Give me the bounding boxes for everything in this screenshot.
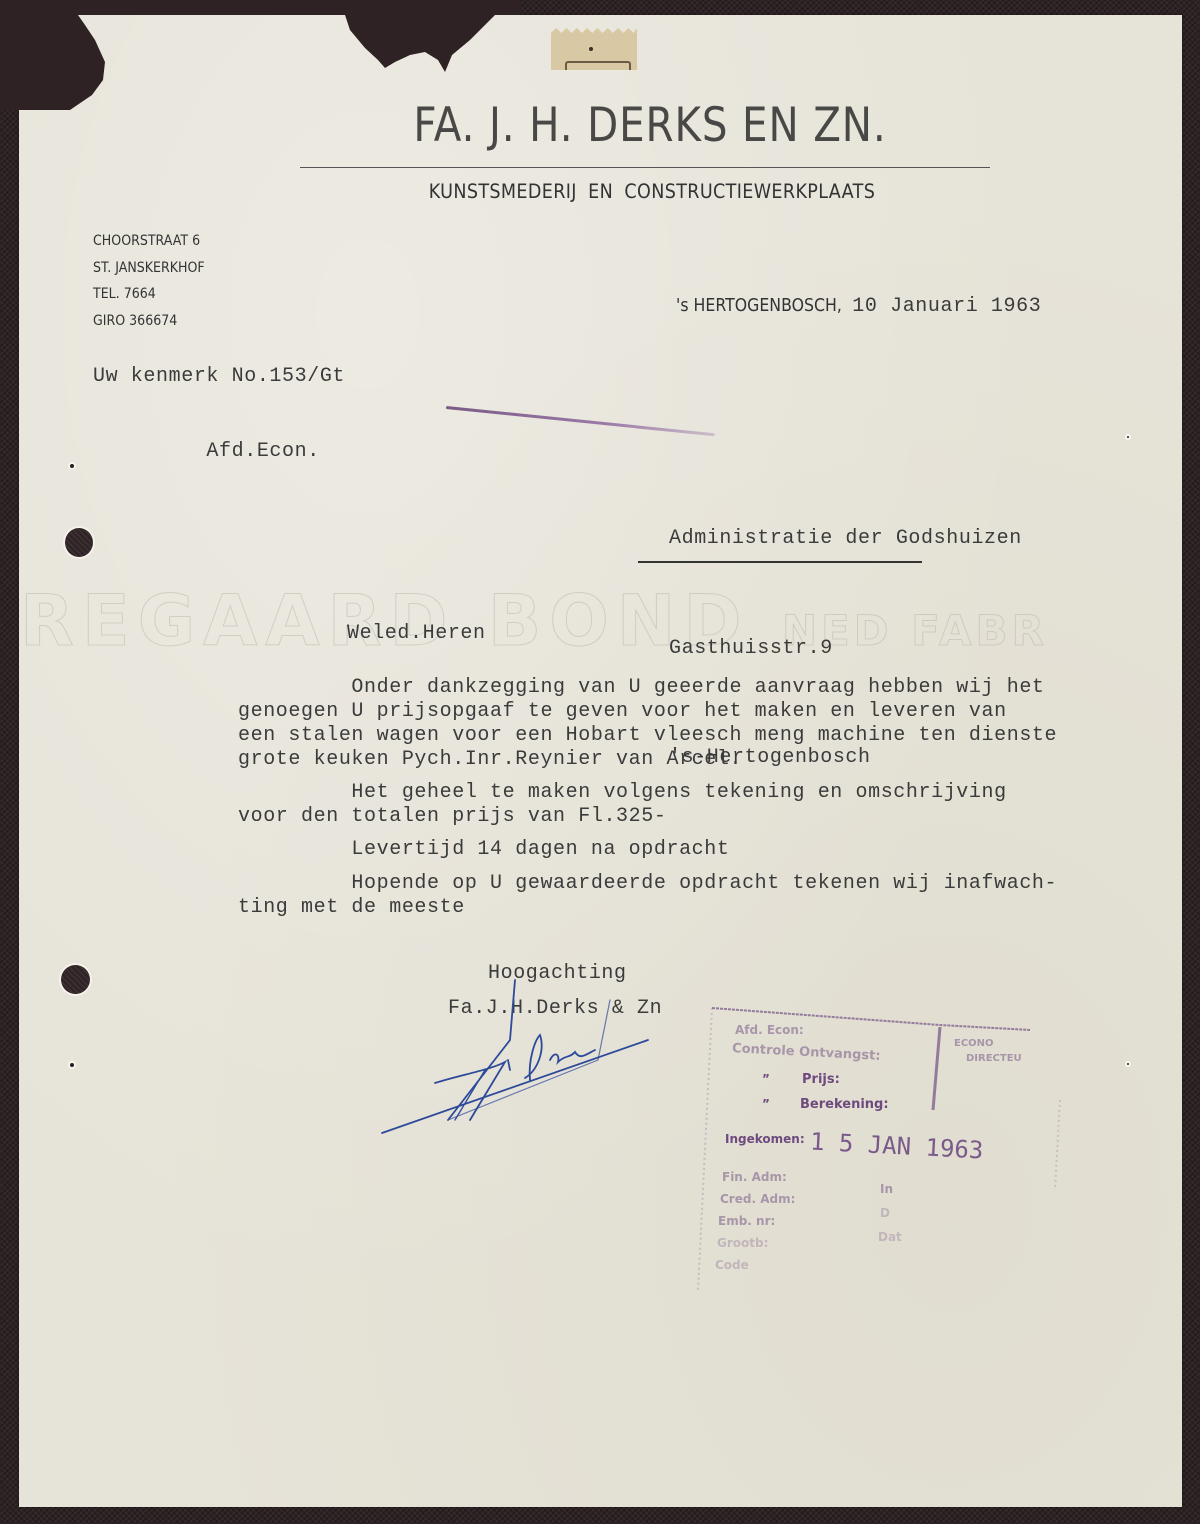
stamp-ditto: ” — [762, 1072, 770, 1086]
company-tagline: KUNSTSMEDERIJ EN CONSTRUCTIEWERKPLAATS — [335, 180, 969, 203]
address-line: ST. JANSKERKHOF — [93, 255, 205, 282]
pin-hole — [1127, 436, 1129, 438]
pin-hole — [1127, 1063, 1129, 1065]
stamp-received-label: Ingekomen: — [725, 1132, 805, 1146]
reference-number: Uw kenmerk No.153/Gt — [93, 364, 345, 389]
pin-hole — [70, 464, 74, 468]
watermark-main: REGAARD BOND — [20, 580, 749, 662]
stamp-ditto: ” — [762, 1097, 770, 1111]
letterhead-rule — [300, 167, 990, 168]
signature — [370, 970, 710, 1150]
watermark: REGAARD BOND NED FABR — [20, 580, 1200, 662]
staple-wire — [565, 61, 631, 70]
stamp-right-col: D — [880, 1206, 890, 1220]
punch-hole — [61, 965, 90, 994]
body-paragraph: Hopende op U gewaardeerde opdracht teken… — [238, 872, 1057, 920]
pin-hole — [70, 1063, 74, 1067]
staple-hole — [589, 47, 593, 51]
recipient-underline — [638, 561, 922, 563]
salutation: Weled.Heren — [347, 622, 486, 645]
place-name: 's HERTOGENBOSCH, — [676, 296, 842, 316]
date-line: 's HERTOGENBOSCH, 10 Januari 1963 — [676, 295, 1041, 318]
punch-hole — [65, 528, 93, 557]
stamp-box-right-1: ECONO — [954, 1038, 994, 1049]
address-line: TEL. 7664 — [93, 281, 205, 308]
company-name: FA. J. H. DERKS EN ZN. — [349, 98, 951, 153]
stamp-emb: Emb. nr: — [718, 1214, 775, 1228]
recipient-line: Gasthuisstr.9 — [669, 631, 1022, 668]
torn-edge — [0, 0, 520, 110]
recipient-line: Administratie der Godshuizen — [669, 521, 1022, 558]
stamp-code: Code — [715, 1258, 749, 1272]
body-paragraph: Het geheel te maken volgens tekening en … — [238, 781, 1007, 829]
stamp-calc: Berekening: — [800, 1097, 889, 1112]
reference-block: Uw kenmerk No.153/Gt Afd.Econ. — [93, 314, 345, 489]
letter-date: 10 Januari 1963 — [852, 295, 1041, 318]
reference-department: Afd.Econ. — [93, 439, 345, 464]
address-line: CHOORSTRAAT 6 — [93, 228, 205, 255]
received-stamp: Afd. Econ: Controle Ontvangst: ” Prijs: … — [690, 990, 1090, 1300]
body-paragraph: Onder dankzegging van U geeerde aanvraag… — [238, 676, 1057, 772]
stamp-groot: Grootb: — [717, 1236, 768, 1250]
stamp-right-col: In — [880, 1182, 893, 1196]
stamp-price: Prijs: — [802, 1072, 840, 1087]
stamp-fin: Fin. Adm: — [722, 1170, 787, 1184]
stamp-cred: Cred. Adm: — [720, 1192, 795, 1206]
stamp-dept: Afd. Econ: — [735, 1023, 804, 1037]
stamp-box-right-2: DIRECTEU — [966, 1053, 1022, 1064]
body-paragraph: Levertijd 14 dagen na opdracht — [238, 838, 729, 862]
stamp-right-col: Dat — [878, 1230, 902, 1244]
